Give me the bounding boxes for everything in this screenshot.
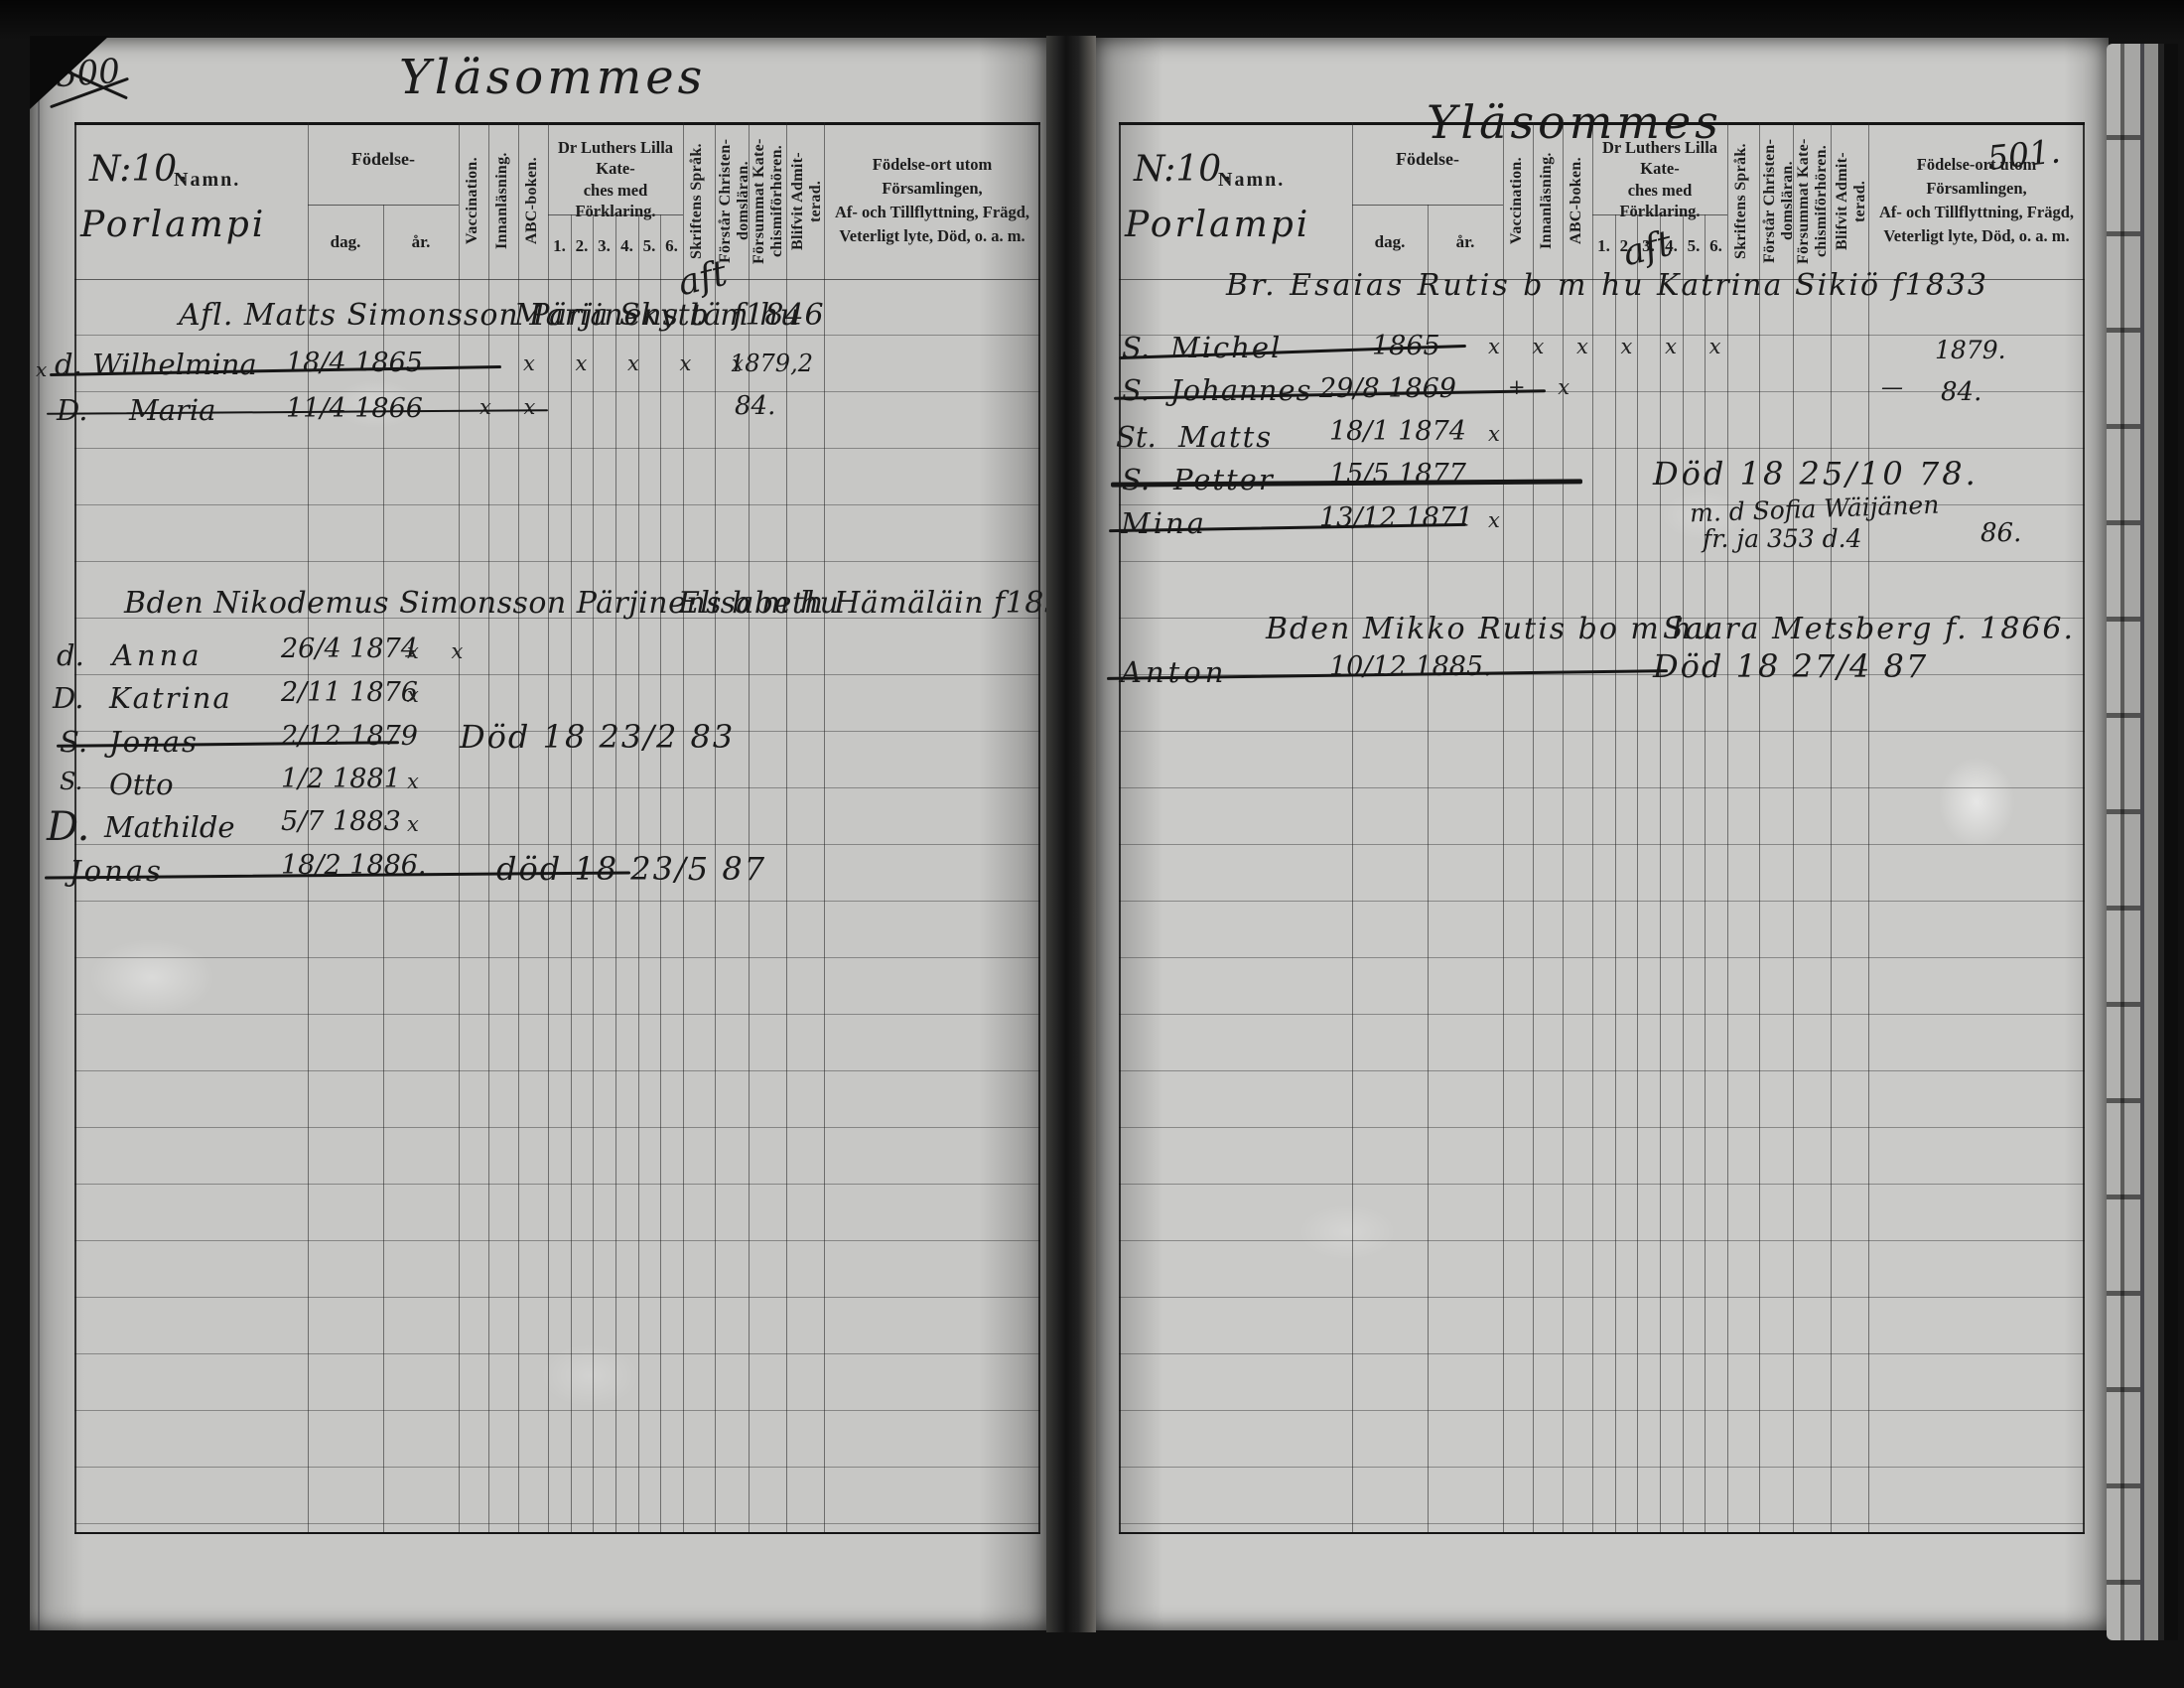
corner-shadow xyxy=(30,36,109,109)
row-prefix: d. xyxy=(57,638,84,672)
col-line xyxy=(1615,214,1616,1532)
col-line xyxy=(488,122,489,1532)
ar-header: år. xyxy=(1428,232,1503,252)
k6-header: 6. xyxy=(1705,236,1727,256)
book-spine xyxy=(1046,36,1096,1632)
row-marks: x x x x x x xyxy=(1488,335,1733,358)
skriftens-sprak-header: Skriftens Språk. xyxy=(688,125,706,277)
row-name: Maria xyxy=(129,393,215,427)
row-right-value: 1879. xyxy=(1935,336,2006,364)
col-line xyxy=(683,122,684,1532)
family-header-spouse: Katrina Sikiö f1833 xyxy=(1657,268,1988,303)
wide-col-header: Födelse-ort utom Församlingen,Af- och Ti… xyxy=(824,153,1040,248)
row-name: Matts xyxy=(1178,420,1273,454)
k2-header: 2. xyxy=(571,236,593,256)
col-line xyxy=(715,122,716,1532)
right-page: 501. Yläsommes xyxy=(1094,38,2109,1630)
k6-header: 6. xyxy=(660,236,683,256)
col-line xyxy=(1592,122,1593,1532)
innanlasning-header: Innanläsning. xyxy=(493,125,511,277)
col-line xyxy=(1759,122,1760,1532)
row-prefix: St. xyxy=(1116,420,1157,454)
margin-mark: x xyxy=(36,357,47,381)
ar-header: år. xyxy=(383,232,459,252)
row-birthdate: 2/12 1879 xyxy=(281,721,418,752)
row-note-2: fr. ja 353 d.4 xyxy=(1703,524,1861,553)
row-right-value: 1879,2 xyxy=(730,350,813,377)
k1-header: 1. xyxy=(548,236,571,256)
left-page: 500 Yläsommes xyxy=(30,38,1048,1630)
row-name: Mina xyxy=(1121,506,1207,540)
row-marks: x x x x x xyxy=(523,352,760,375)
col-line xyxy=(1119,122,1121,1532)
skriftens-sprak-header: Skriftens Språk. xyxy=(1732,125,1750,277)
k4-header: 4. xyxy=(615,236,638,256)
row-prefix: D. xyxy=(47,804,89,850)
row-marks: + x xyxy=(1508,375,1582,399)
row-prefix: D. xyxy=(53,681,83,715)
row-marks: x xyxy=(1488,508,1513,532)
village-name: Porlampi xyxy=(1125,205,1310,245)
row-birthdate: 13/12 1871 xyxy=(1319,502,1473,533)
forsummat-header: Försummat Kate-chismiförhören. xyxy=(751,125,786,277)
col-line xyxy=(786,122,787,1532)
blifvit-header: Blifvit Admit-terad. xyxy=(1834,125,1869,277)
col-line xyxy=(824,122,825,1532)
row-note: Död 18 25/10 78. xyxy=(1653,455,1979,492)
col-line xyxy=(1831,122,1832,1532)
col-line xyxy=(1637,214,1638,1532)
row-name: Johannes xyxy=(1170,373,1311,407)
kateches-header: Dr Luthers Lilla Kate-ches med Förklarin… xyxy=(1592,137,1727,222)
row-name: Anton xyxy=(1121,655,1227,689)
row-birthdate: 5/7 1883 xyxy=(281,806,401,837)
namn-header: Namn. xyxy=(174,169,240,192)
row-name: Wilhelmina xyxy=(92,348,257,381)
row-name: Mathilde xyxy=(104,810,235,844)
row-prefix: S. xyxy=(60,768,82,795)
row-name: Jonas xyxy=(69,854,164,888)
record-table: N:10. Namn. Porlampi Födelse- dag. år. V… xyxy=(74,38,1040,1630)
row-right-value: 86. xyxy=(1980,518,2021,548)
row-birthdate: 1/2 1881 xyxy=(281,764,401,794)
col-line xyxy=(749,122,750,1532)
row-marks: x x xyxy=(407,639,476,663)
table-top-border xyxy=(74,122,1040,125)
row-birthdate: 29/8 1869 xyxy=(1319,373,1456,404)
k3-header: 3. xyxy=(593,236,615,256)
k5-header: 5. xyxy=(1683,236,1705,256)
forsummat-header: Försummat Kate-chismiförhören. xyxy=(1795,125,1831,277)
row-note: Död 18 23/2 83 xyxy=(460,718,735,756)
row-name: Petter xyxy=(1173,463,1275,496)
book-scan: 500 Yläsommes xyxy=(0,0,2184,1688)
row-prefix: D. xyxy=(57,393,87,427)
col-line xyxy=(1660,214,1661,1532)
row-birthdate: 18/1 1874 xyxy=(1329,416,1466,447)
row-birthdate: 2/11 1876 xyxy=(281,677,418,708)
abc-boken-header: ABC-boken. xyxy=(523,125,541,277)
forstar-header: Förstår Christen-domsläran. xyxy=(717,125,752,277)
row-marks: x xyxy=(1488,422,1513,446)
family-header-spouse: Saara Metsberg f. 1866. xyxy=(1663,612,2075,646)
row-marks: x x xyxy=(479,395,548,419)
dag-header: dag. xyxy=(308,232,383,252)
vaccination-header: Vaccination. xyxy=(1508,125,1526,277)
row-name: Otto xyxy=(109,768,174,801)
row-birthdate: 11/4 1866 xyxy=(286,393,423,424)
col-line xyxy=(1352,122,1353,1532)
record-table: N:10. Namn. Porlampi Födelse- dag. år. V… xyxy=(1119,38,2085,1630)
col-line xyxy=(1727,122,1728,1532)
family-header-spouse: Elisabeth Hämäläin f1855 xyxy=(678,586,1083,621)
forstar-header: Förstår Christen-domsläran. xyxy=(1761,125,1797,277)
row-prefix: S. xyxy=(1122,373,1150,407)
row-note: död 18 23/5 87 xyxy=(496,850,766,888)
page-stack-ticks xyxy=(2107,44,2140,1640)
k1-header: 1. xyxy=(1592,236,1615,256)
col-line xyxy=(2083,122,2085,1532)
row-right-value: 84. xyxy=(735,391,775,421)
ruled-lines xyxy=(74,279,1040,1533)
kateches-header: Dr Luthers Lilla Kate-ches med Förklarin… xyxy=(548,137,683,222)
row-name: Katrina xyxy=(109,681,232,715)
village-name: Porlampi xyxy=(80,205,266,245)
col-line xyxy=(548,122,549,1532)
table-top-border xyxy=(1119,122,2085,125)
k5-header: 5. xyxy=(638,236,660,256)
row-marks: x xyxy=(407,812,432,836)
row-prefix: S. xyxy=(1122,331,1150,364)
row-note: Död 18 27/4 87 xyxy=(1653,647,1928,685)
row-prefix: S. xyxy=(1122,463,1150,496)
wide-col-header: Födelse-ort utom Församlingen,Af- och Ti… xyxy=(1868,153,2085,248)
family-header-spouse: Maria Skyttä f1846 xyxy=(514,298,825,333)
dag-header: dag. xyxy=(1352,232,1428,252)
blifvit-header: Blifvit Admit-terad. xyxy=(789,125,825,277)
fodelse-header: Födelse- xyxy=(1352,149,1503,170)
fodelse-header: Födelse- xyxy=(308,149,459,170)
row-name: Anna xyxy=(112,638,204,672)
col-line xyxy=(1793,122,1794,1532)
family-header: Br. Esaias Rutis b m hu xyxy=(1226,268,1646,303)
col-line xyxy=(1683,214,1684,1532)
col-line xyxy=(1868,122,1869,1532)
col-line xyxy=(1533,122,1534,1532)
family-header: Bden Mikko Rutis bo m hu xyxy=(1266,612,1714,646)
page-fold-line xyxy=(38,38,40,1630)
col-line xyxy=(459,122,460,1532)
col-line xyxy=(1563,122,1564,1532)
margin-scribble: aft xyxy=(1619,223,1677,275)
col-line xyxy=(1038,122,1040,1532)
row-birthdate: 18/4 1865 xyxy=(286,348,423,378)
row-birthdate: 10/12 1885. xyxy=(1329,651,1492,682)
row-right-value: 84. xyxy=(1941,377,1981,407)
col-line xyxy=(518,122,519,1532)
abc-boken-header: ABC-boken. xyxy=(1568,125,1585,277)
row-prefix: d. xyxy=(55,348,82,381)
row-prefix: S. xyxy=(60,725,87,759)
row-birthdate: 26/4 1874 xyxy=(281,633,418,664)
row-marks: x xyxy=(407,683,432,707)
col-line xyxy=(1705,214,1706,1532)
col-line xyxy=(1503,122,1504,1532)
row-name: Michel xyxy=(1170,331,1282,364)
namn-header: Namn. xyxy=(1218,169,1285,192)
row-name: Jonas xyxy=(109,725,199,759)
row-marks: x xyxy=(407,770,432,793)
vaccination-header: Vaccination. xyxy=(464,125,481,277)
innanlasning-header: Innanläsning. xyxy=(1538,125,1556,277)
row-dash: — xyxy=(1881,375,1903,400)
